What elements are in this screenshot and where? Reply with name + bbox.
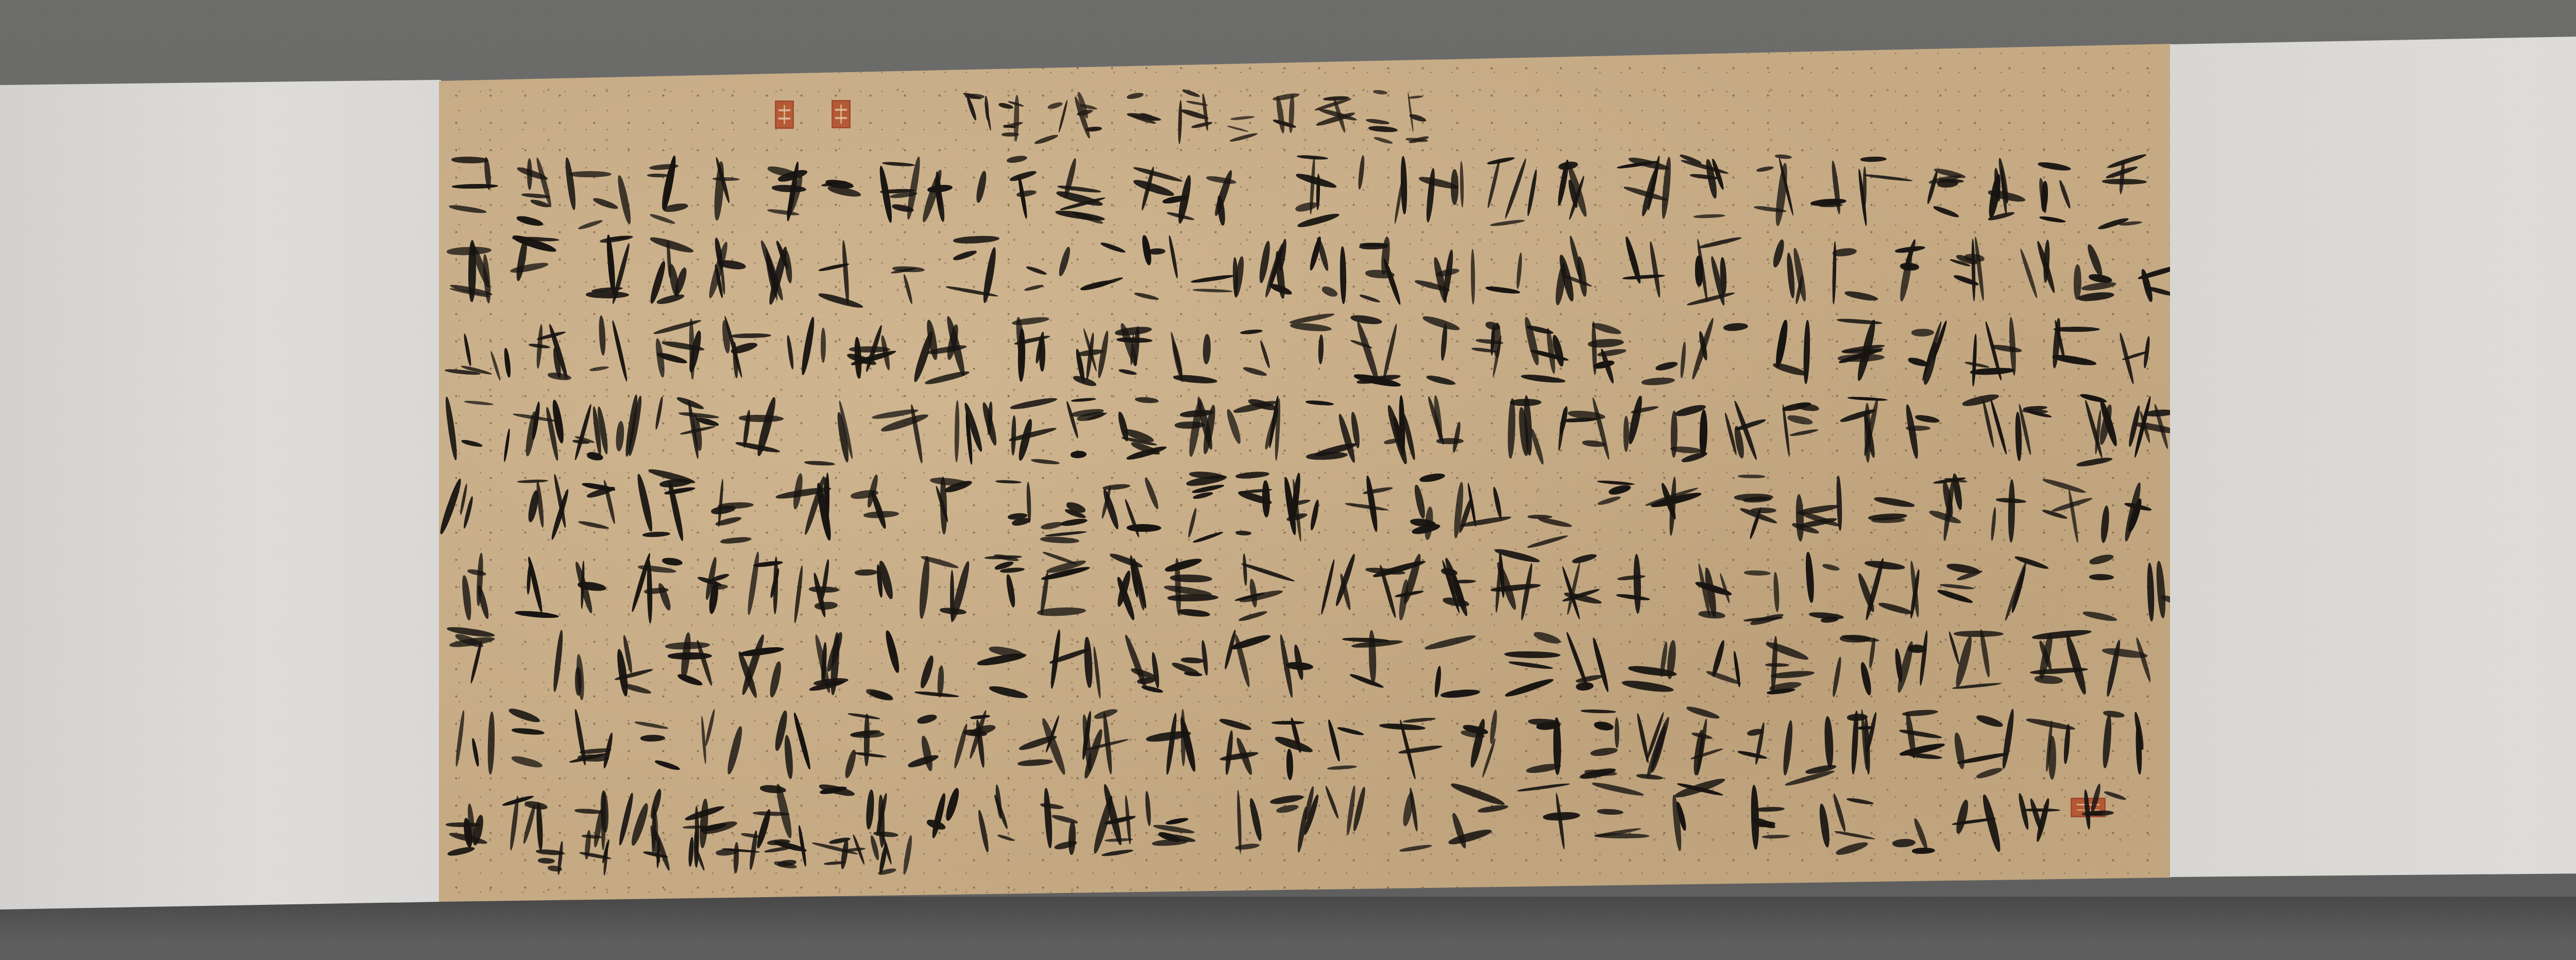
- brush-stroke: [451, 157, 488, 163]
- brush-stroke: [1940, 583, 1975, 590]
- calligraphy-glyph: [1162, 551, 1219, 624]
- calligraphy-glyph: [1230, 314, 1270, 386]
- calligraphy-glyph: [1476, 155, 1538, 227]
- brush-stroke: [1272, 720, 1304, 725]
- brush-stroke: [725, 725, 745, 775]
- calligraphy-glyph: [1107, 551, 1146, 624]
- brush-stroke: [1775, 154, 1792, 159]
- calligraphy-glyph: [996, 90, 1025, 144]
- brush-stroke: [2008, 317, 2016, 376]
- brush-stroke: [467, 568, 486, 576]
- calligraphy-glyph: [796, 394, 855, 466]
- calligraphy-glyph: [1741, 551, 1789, 624]
- calligraphy-glyph: [2040, 471, 2094, 544]
- calligraphy-glyph: [1303, 394, 1366, 466]
- calligraphy-glyph: [2115, 314, 2158, 386]
- brush-stroke: [1991, 344, 2022, 353]
- brush-stroke: [1060, 517, 1088, 528]
- brush-stroke: [1071, 397, 1096, 403]
- brush-stroke: [653, 318, 702, 336]
- calligraphy-glyph: [793, 551, 843, 624]
- brush-stroke: [1440, 568, 1458, 577]
- brush-stroke: [1622, 679, 1675, 694]
- brush-stroke: [1238, 609, 1268, 622]
- brush-stroke: [1382, 257, 1402, 305]
- brush-stroke: [731, 332, 771, 339]
- brush-stroke: [1276, 96, 1286, 134]
- brush-stroke: [2007, 479, 2015, 543]
- calligraphy-glyph: [528, 314, 572, 386]
- calligraphy-glyph: [773, 824, 813, 876]
- brush-stroke: [2089, 574, 2114, 581]
- brush-stroke: [614, 421, 625, 452]
- brush-stroke: [1848, 396, 1888, 401]
- calligraphy-glyph: [1460, 709, 1501, 781]
- brush-stroke: [1365, 475, 1379, 532]
- brush-stroke: [760, 784, 787, 794]
- text-line-line-3: [439, 314, 2171, 386]
- calligraphy-glyph: [1225, 394, 1285, 466]
- brush-stroke: [1782, 404, 1791, 457]
- calligraphy-glyph: [923, 471, 978, 544]
- brush-stroke: [1230, 115, 1254, 121]
- calligraphy-glyph: [444, 629, 502, 701]
- brush-stroke: [1175, 421, 1206, 429]
- brush-stroke: [1616, 593, 1651, 601]
- calligraphy-glyph: [1071, 394, 1108, 466]
- brush-stroke: [1182, 89, 1201, 98]
- calligraphy-glyph: [1890, 234, 1928, 307]
- calligraphy-glyph: [1133, 234, 1176, 307]
- brush-stroke: [1309, 499, 1321, 530]
- calligraphy-glyph: [1338, 471, 1394, 544]
- calligraphy-glyph: [1176, 90, 1213, 144]
- calligraphy-glyph: [1587, 314, 1629, 386]
- brush-stroke: [1026, 265, 1047, 276]
- calligraphy-glyph: [596, 629, 659, 701]
- calligraphy-glyph: [1762, 234, 1815, 307]
- calligraphy-glyph: [1322, 709, 1371, 781]
- brush-stroke: [903, 274, 913, 305]
- brush-stroke: [2000, 709, 2016, 769]
- brush-stroke: [1452, 579, 1477, 584]
- brush-stroke: [1756, 165, 1774, 173]
- calligraphy-glyph: [1758, 629, 1816, 701]
- brush-stroke: [970, 714, 990, 720]
- calligraphy-glyph: [2070, 394, 2117, 466]
- brush-stroke: [2089, 783, 2103, 814]
- brush-stroke: [1699, 410, 1708, 457]
- brush-stroke: [2103, 710, 2125, 718]
- calligraphy-glyph: [570, 394, 607, 466]
- calligraphy-glyph: [1616, 629, 1679, 701]
- calligraphy-glyph: [766, 155, 808, 227]
- text-line-inscription: [439, 90, 2171, 144]
- brush-stroke: [1168, 235, 1179, 279]
- brush-stroke: [2147, 563, 2155, 621]
- brush-stroke: [1641, 376, 1675, 386]
- brush-stroke: [1452, 481, 1465, 538]
- brush-stroke: [1562, 417, 1598, 423]
- calligraphy-glyph: [444, 471, 499, 544]
- calligraphy-glyph: [1312, 90, 1358, 144]
- brush-stroke: [910, 404, 924, 464]
- text-line-line-8: [439, 709, 2171, 781]
- calligraphy-glyph: [1101, 471, 1165, 544]
- calligraphy-glyph: [1890, 629, 1929, 701]
- text-line-line-4: [439, 394, 2171, 466]
- brush-stroke: [1844, 290, 1878, 302]
- calligraphy-glyph: [1168, 314, 1221, 386]
- calligraphy-glyph: [1171, 629, 1209, 701]
- calligraphy-glyph: [1409, 471, 1447, 544]
- brush-stroke: [917, 712, 938, 726]
- calligraphy-glyph: [444, 394, 496, 466]
- brush-stroke: [1187, 508, 1197, 537]
- calligraphy-glyph: [1692, 629, 1742, 701]
- calligraphy-glyph: [586, 314, 632, 386]
- calligraphy-glyph: [1846, 709, 1885, 781]
- brush-stroke: [1734, 417, 1767, 433]
- calligraphy-glyph: [643, 155, 689, 227]
- brush-stroke: [1193, 530, 1224, 544]
- brush-stroke: [1206, 175, 1237, 185]
- calligraphy-glyph: [634, 709, 689, 781]
- brush-stroke: [512, 728, 545, 735]
- calligraphy-glyph: [1470, 234, 1534, 307]
- calligraphy-glyph: [917, 314, 971, 386]
- brush-stroke: [1381, 324, 1399, 382]
- brush-stroke: [1031, 458, 1060, 465]
- brush-stroke: [1765, 640, 1810, 662]
- brush-stroke: [1193, 289, 1233, 293]
- calligraphy-glyph: [1040, 471, 1087, 544]
- brush-stroke: [654, 396, 664, 430]
- calligraphy-glyph: [1837, 314, 1891, 386]
- calligraphy-glyph: [1486, 551, 1548, 624]
- brush-stroke: [1219, 717, 1252, 732]
- brush-stroke: [464, 400, 493, 406]
- text-line-line-7: [439, 629, 2171, 701]
- brush-stroke: [853, 751, 886, 758]
- brush-stroke: [1368, 126, 1398, 133]
- handscroll: [0, 0, 2576, 960]
- brush-stroke: [1503, 158, 1528, 220]
- brush-stroke: [1509, 660, 1554, 670]
- calligraphy-glyph: [532, 824, 565, 876]
- brush-stroke: [1863, 173, 1913, 182]
- brush-stroke: [1526, 169, 1539, 216]
- brush-stroke: [1145, 791, 1151, 826]
- brush-stroke: [1805, 551, 1815, 603]
- calligraphy-glyph: [1288, 314, 1340, 386]
- brush-stroke: [819, 783, 856, 798]
- calligraphy-glyph: [646, 314, 705, 386]
- brush-stroke: [792, 712, 812, 769]
- brush-stroke: [1099, 241, 1126, 254]
- brush-stroke: [821, 328, 826, 363]
- brush-stroke: [792, 565, 804, 624]
- brush-stroke: [1024, 283, 1044, 292]
- calligraphy-glyph: [1805, 155, 1850, 227]
- brush-stroke: [636, 473, 655, 532]
- right-mounting-panel: [2170, 0, 2576, 960]
- brush-stroke: [1572, 552, 1598, 565]
- calligraphy-glyph: [911, 629, 961, 701]
- calligraphy-glyph: [1906, 314, 1954, 386]
- brush-stroke: [1047, 101, 1063, 111]
- brush-stroke: [917, 556, 931, 619]
- calligraphy-glyph: [1682, 709, 1724, 781]
- calligraphy-glyph: [981, 551, 1028, 624]
- brush-stroke: [786, 334, 794, 369]
- calligraphy-glyph: [1146, 709, 1212, 781]
- calligraphy-glyph: [1724, 471, 1783, 544]
- brush-stroke: [937, 665, 945, 698]
- brush-stroke: [1933, 205, 1960, 220]
- calligraphy-glyph: [775, 709, 833, 781]
- calligraphy-glyph: [2097, 155, 2148, 227]
- brush-stroke: [1240, 329, 1263, 335]
- calligraphy-glyph: [761, 234, 806, 307]
- brush-stroke: [1259, 340, 1271, 368]
- calligraphy-glyph: [1546, 234, 1594, 307]
- brush-stroke: [1868, 637, 1877, 669]
- brush-stroke: [800, 316, 818, 376]
- brush-stroke: [510, 260, 549, 275]
- text-line-trailing: [439, 824, 2171, 876]
- brush-stroke: [1040, 536, 1080, 544]
- brush-stroke: [1680, 159, 1729, 175]
- brush-stroke: [1006, 574, 1016, 608]
- brush-stroke: [1723, 322, 1748, 332]
- brush-stroke: [1519, 563, 1535, 621]
- brush-stroke: [1359, 294, 1381, 304]
- calligraphy-glyph: [721, 824, 765, 876]
- calligraphy-glyph: [1726, 394, 1768, 466]
- brush-stroke: [1615, 717, 1620, 748]
- brush-stroke: [953, 234, 999, 245]
- brush-stroke: [1679, 342, 1687, 379]
- calligraphy-glyph: [637, 551, 686, 624]
- brush-stroke: [676, 673, 704, 687]
- calligraphy-glyph: [1925, 551, 1990, 624]
- brush-stroke: [1533, 631, 1562, 646]
- brush-stroke: [1118, 368, 1138, 376]
- brush-stroke: [2078, 291, 2115, 303]
- brush-stroke: [1297, 155, 1328, 160]
- calligraphy-glyph: [888, 234, 928, 307]
- brush-stroke: [1597, 809, 1623, 815]
- brush-stroke: [2004, 561, 2029, 621]
- calligraphy-glyph: [1525, 471, 1577, 544]
- brush-stroke: [783, 249, 793, 283]
- brush-stroke: [2101, 715, 2113, 769]
- calligraphy-glyph: [1615, 394, 1659, 466]
- brush-stroke: [1744, 570, 1771, 576]
- brush-stroke: [1781, 720, 1794, 776]
- brush-stroke: [1926, 171, 1939, 204]
- brush-stroke: [1349, 672, 1385, 689]
- brush-stroke: [1964, 361, 1990, 369]
- calligraphy-glyph: [1077, 234, 1127, 307]
- calligraphy-glyph: [1996, 234, 2057, 307]
- brush-stroke: [1451, 421, 1462, 453]
- brush-stroke: [847, 713, 880, 720]
- brush-stroke: [547, 372, 571, 381]
- calligraphy-glyph: [1308, 551, 1351, 624]
- calligraphy-glyph: [516, 471, 566, 544]
- brush-stroke: [1990, 507, 1997, 541]
- brush-stroke: [489, 351, 501, 381]
- brush-stroke: [1327, 719, 1342, 762]
- brush-stroke: [995, 480, 1022, 483]
- brush-stroke: [1184, 671, 1203, 677]
- brush-stroke: [1132, 178, 1175, 198]
- calligraphy-glyph: [1635, 314, 1690, 386]
- brush-stroke: [1421, 314, 1461, 332]
- brush-stroke: [965, 95, 977, 121]
- calligraphy-glyph: [944, 394, 999, 466]
- brush-stroke: [1515, 252, 1523, 289]
- calligraphy-glyph: [1643, 471, 1708, 544]
- brush-stroke: [1520, 374, 1566, 384]
- brush-stroke: [1796, 402, 1820, 412]
- calligraphy-glyph: [805, 629, 851, 701]
- calligraphy-glyph: [1125, 90, 1164, 144]
- calligraphy-glyph: [787, 314, 832, 386]
- brush-stroke: [1051, 814, 1078, 826]
- brush-stroke: [569, 171, 612, 178]
- calligraphy-glyph: [1031, 90, 1064, 144]
- calligraphy-glyph: [502, 551, 561, 624]
- calligraphy-glyph: [1630, 709, 1666, 781]
- brush-stroke: [1954, 631, 2004, 637]
- brush-stroke: [1124, 498, 1141, 538]
- calligraphy-glyph: [1359, 234, 1395, 307]
- calligraphy-glyph: [879, 155, 920, 227]
- calligraphy-glyph: [567, 155, 630, 227]
- brush-stroke: [511, 754, 543, 769]
- brush-stroke: [1403, 716, 1436, 723]
- brush-stroke: [1698, 235, 1742, 250]
- brush-stroke: [1975, 714, 2004, 729]
- brush-stroke: [1017, 174, 1028, 219]
- brush-stroke: [1504, 676, 1555, 699]
- brush-stroke: [1837, 318, 1883, 325]
- brush-stroke: [1755, 806, 1785, 813]
- brush-stroke: [589, 365, 608, 372]
- brush-stroke: [839, 839, 850, 870]
- brush-stroke: [1083, 637, 1093, 688]
- calligraphy-glyph: [1054, 155, 1121, 227]
- calligraphy-glyph: [2042, 314, 2104, 386]
- text-line-line-6: [439, 551, 2171, 624]
- brush-stroke: [1295, 200, 1318, 214]
- brush-stroke: [524, 800, 548, 811]
- brush-stroke: [1178, 100, 1183, 144]
- brush-stroke: [704, 709, 716, 747]
- text-line-line-5: [439, 471, 2171, 544]
- brush-stroke: [952, 248, 977, 262]
- calligraphy-glyph: [1365, 551, 1429, 624]
- calligraphy-glyph: [1020, 234, 1069, 307]
- calligraphy-glyph: [1515, 709, 1562, 781]
- calligraphy-glyph: [1417, 155, 1469, 227]
- brush-stroke: [471, 738, 480, 767]
- brush-stroke: [1765, 663, 1789, 667]
- calligraphy-glyph: [1862, 551, 1918, 624]
- brush-stroke: [1774, 319, 1790, 368]
- brush-stroke: [1523, 316, 1541, 366]
- brush-stroke: [1481, 738, 1497, 778]
- brush-stroke: [2039, 215, 2066, 224]
- brush-stroke: [1634, 554, 1641, 614]
- brush-stroke: [1419, 471, 1446, 484]
- calligraphy-glyph: [974, 629, 1040, 701]
- calligraphy-glyph: [2069, 234, 2122, 307]
- brush-stroke: [1626, 395, 1645, 445]
- calligraphy-glyph: [1075, 90, 1115, 144]
- paper-bottom-edge: [439, 957, 2171, 960]
- brush-stroke: [863, 510, 899, 519]
- calligraphy-glyph: [1280, 471, 1325, 544]
- brush-stroke: [1337, 726, 1364, 736]
- calligraphy-glyph: [872, 394, 936, 466]
- brush-stroke: [649, 213, 676, 225]
- brush-stroke: [1232, 257, 1238, 297]
- brush-stroke: [974, 170, 989, 203]
- calligraphy-glyph: [1069, 314, 1107, 386]
- calligraphy-glyph: [519, 629, 585, 701]
- brush-stroke: [2064, 634, 2088, 696]
- brush-stroke: [606, 234, 616, 295]
- brush-stroke: [1057, 246, 1073, 277]
- brush-stroke: [2156, 560, 2167, 618]
- brush-stroke: [1202, 334, 1212, 364]
- calligraphy-glyph: [1048, 629, 1111, 701]
- calligraphy-glyph: [505, 709, 545, 781]
- calligraphy-glyph: [673, 394, 719, 466]
- brush-stroke: [2052, 353, 2097, 367]
- brush-stroke: [634, 721, 669, 731]
- brush-stroke: [1873, 496, 1915, 509]
- calligraphy-glyph: [1571, 629, 1607, 701]
- calligraphy-glyph: [1004, 155, 1043, 227]
- calligraphy-glyph: [749, 551, 786, 624]
- brush-stroke: [1486, 156, 1515, 166]
- calligraphy-glyph: [1341, 629, 1405, 701]
- brush-stroke: [1970, 366, 2015, 376]
- brush-stroke: [1597, 495, 1621, 507]
- brush-stroke: [1135, 397, 1159, 403]
- calligraphy-glyph: [1181, 471, 1229, 544]
- calligraphy-glyph: [715, 314, 772, 386]
- brush-stroke: [1286, 662, 1314, 670]
- brush-stroke: [516, 215, 544, 227]
- brush-stroke: [1590, 746, 1618, 758]
- brush-stroke: [454, 710, 466, 767]
- calligraphy-glyph: [1413, 234, 1460, 307]
- calligraphy-glyph: [444, 155, 503, 227]
- brush-stroke: [2089, 552, 2115, 566]
- brush-stroke: [1345, 502, 1388, 512]
- brush-stroke: [815, 601, 838, 611]
- calligraphy-glyph: [1804, 551, 1848, 624]
- brush-stroke: [1201, 640, 1209, 676]
- calligraphy-glyph: [1683, 551, 1734, 624]
- calligraphy-glyph: [444, 314, 511, 386]
